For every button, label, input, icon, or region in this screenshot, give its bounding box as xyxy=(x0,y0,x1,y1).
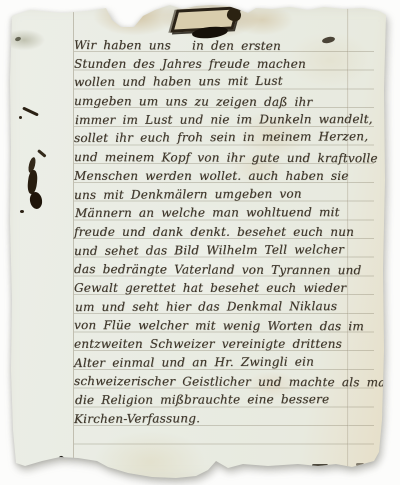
manuscript-line: Alter einmal und an Hr. Zwingli ein xyxy=(74,352,376,373)
manuscript-line: von Flüe welcher mit wenig Worten das im xyxy=(74,316,376,336)
manuscript-line: und meinem Kopf von ihr gute und kraftvo… xyxy=(74,148,376,168)
manuscript-line: entzweiten Schweizer vereinigte drittens xyxy=(74,335,376,354)
manuscript-line: freude und dank denkt. besehet euch nun xyxy=(74,223,376,242)
edge-speck xyxy=(356,463,364,466)
manuscript-line: uns mit Denkmälern umgeben von xyxy=(74,184,376,205)
manuscript-line: Menschen werden wollet. auch haben sie xyxy=(74,167,376,186)
manuscript-line: und sehet das Bild Wilhelm Tell welcher xyxy=(74,240,376,261)
manuscript-text: Wir haben uns in den ersten Stunden des … xyxy=(74,36,376,428)
manuscript-line: um und seht hier das Denkmal Niklaus xyxy=(75,297,377,317)
manuscript-line: umgeben um uns zu zeigen daß ihr xyxy=(74,92,376,112)
ink-dot xyxy=(19,116,22,119)
letter-sheet: Wir haben uns in den ersten Stunden des … xyxy=(0,0,400,485)
document-photo: Wir haben uns in den ersten Stunden des … xyxy=(0,0,400,485)
edge-speck xyxy=(334,466,345,469)
manuscript-line: das bedrängte Vaterland von Tyrannen und xyxy=(74,260,376,280)
manuscript-line: die Religion mißbrauchte eine bessere xyxy=(75,390,377,410)
manuscript-line: sollet ihr euch froh sein in meinem Herz… xyxy=(74,128,376,149)
ink-speck xyxy=(58,455,64,460)
manuscript-line: Männern an welche man wohltuend mit xyxy=(75,203,377,223)
manuscript-line: Kirchen-Verfassung. xyxy=(74,408,376,429)
edge-speck xyxy=(312,464,328,467)
manuscript-line: Gewalt gerettet hat besehet euch wieder xyxy=(74,279,376,298)
manuscript-line: wollen und haben uns mit Lust xyxy=(74,72,376,93)
ink-dot xyxy=(20,210,24,213)
paper-surface: Wir haben uns in den ersten Stunden des … xyxy=(0,0,400,485)
